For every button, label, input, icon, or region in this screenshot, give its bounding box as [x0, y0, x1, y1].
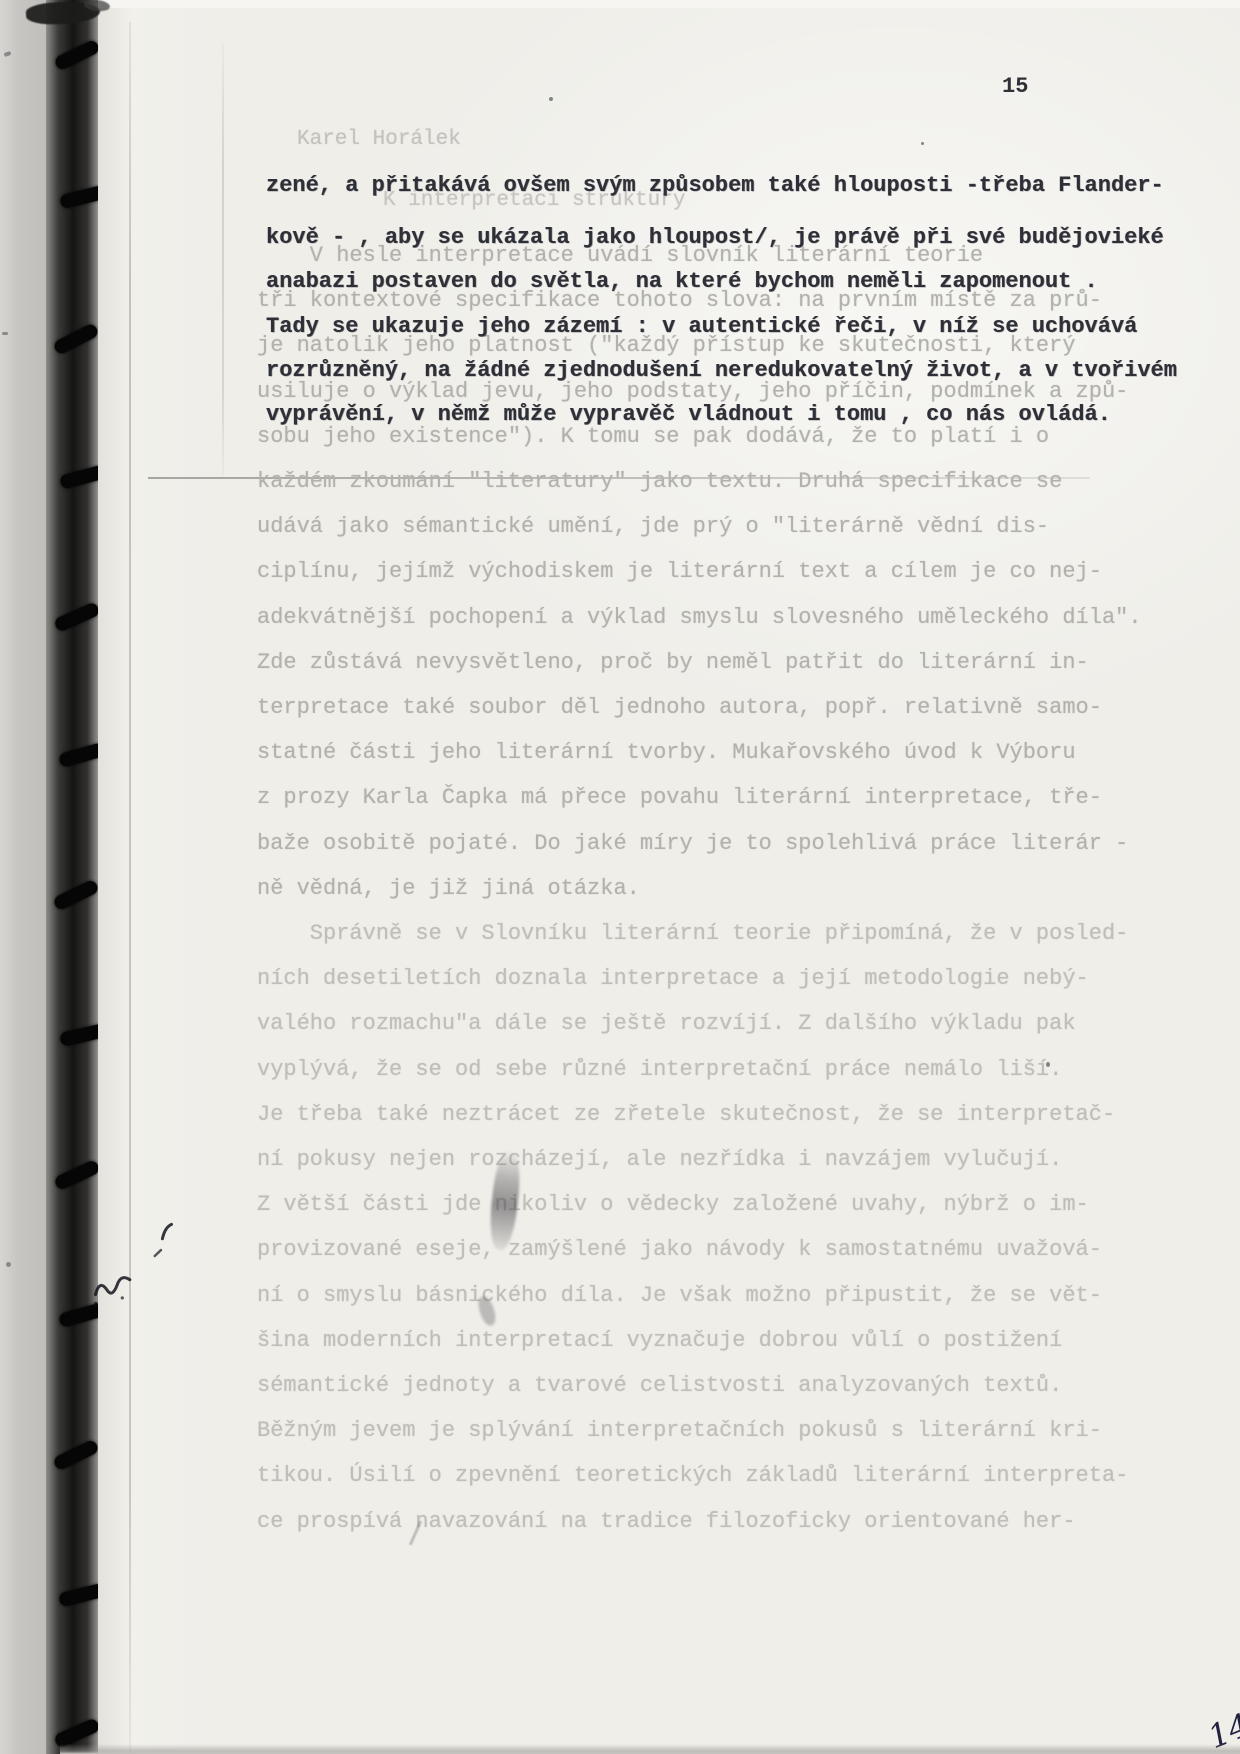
scanner-speck: [2, 332, 8, 335]
faint-line: Zde zůstává nevysvětleno, proč by neměl …: [257, 640, 1142, 685]
faint-line: z prozy Karla Čapka má přece povahu lite…: [257, 775, 1142, 820]
faint-line: provizované eseje, zamýšlené jako návody…: [257, 1227, 1142, 1272]
typed-line: zené, a přitakává ovšem svým způsobem ta…: [266, 164, 1177, 208]
faint-line: ce prospívá navazování na tradice filozo…: [257, 1499, 1142, 1544]
typed-line: anabazi postaven do světla, na které byc…: [266, 260, 1177, 304]
faint-line: tikou. Úsilí o zpevnění teoretických zák…: [257, 1453, 1142, 1498]
faint-line: vyplývá, že se od sebe různé interpretač…: [257, 1047, 1142, 1092]
faint-line: každém zkoumání "literatury" jako textu.…: [257, 459, 1142, 504]
binding-strip: [46, 0, 102, 1754]
faint-line: valého rozmachu"a dále se ještě rozvíjí.…: [257, 1001, 1142, 1046]
faint-line: ciplínu, jejímž východiskem je literární…: [257, 549, 1142, 594]
page-number: 15: [1002, 74, 1028, 99]
scanned-page: Karel Horálek K interpretaci struktury V…: [0, 0, 1240, 1754]
typed-line: kově - , aby se ukázala jako hloupost/, …: [266, 216, 1177, 260]
faint-line: šina moderních interpretací vyznačuje do…: [257, 1318, 1142, 1363]
scanner-edge: [0, 0, 48, 1754]
faint-line: statné části jeho literární tvorby. Muka…: [257, 730, 1142, 775]
faint-line: ních desetiletích doznala interpretace a…: [257, 956, 1142, 1001]
faint-line: sémantické jednoty a tvarové celistvosti…: [257, 1363, 1142, 1408]
faint-author-line: Karel Horálek: [297, 128, 461, 151]
faint-line: baže osobitě pojaté. Do jaké míry je to …: [257, 821, 1142, 866]
faint-line: udává jako sémantické umění, jde prý o "…: [257, 504, 1142, 549]
vertical-crease: [129, 22, 131, 1754]
paper-top-edge: [98, 0, 1240, 8]
pen-scribble: [81, 1219, 201, 1314]
faint-line: terpretace také soubor děl jednoho autor…: [257, 685, 1142, 730]
scanner-speck: [6, 1262, 11, 1267]
vertical-fold-line: [222, 42, 224, 478]
paper-speck: [921, 142, 924, 145]
typed-line: vyprávění, v němž může vypravěč vládnout…: [266, 393, 1177, 437]
typed-paragraph: zené, a přitakává ovšem svým způsobem ta…: [266, 164, 1177, 437]
faint-line: Správně se v Slovníku literární teorie p…: [257, 911, 1142, 956]
faint-line: ní o smyslu básnického díla. Je však mož…: [257, 1273, 1142, 1318]
paper-bottom-edge: [60, 1744, 1240, 1754]
typed-line: rozrůzněný, na žádné zjednodušení neredu…: [266, 349, 1177, 393]
faint-line: ní pokusy nejen rozcházejí, ale nezřídka…: [257, 1137, 1142, 1182]
faint-line: Běžným jevem je splývání interpretačních…: [257, 1408, 1142, 1453]
typed-line: Tady se ukazuje jeho zázemí : v autentic…: [266, 305, 1177, 349]
faint-line: adekvátnější pochopení a výklad smyslu s…: [257, 595, 1142, 640]
paper-speck: [549, 97, 553, 101]
faint-line: Je třeba také neztrácet ze zřetele skute…: [257, 1092, 1142, 1137]
faint-line: Z větší části jde nikoliv o vědecky zalo…: [257, 1182, 1142, 1227]
faint-line: ně vědná, je již jiná otázka.: [257, 866, 1142, 911]
